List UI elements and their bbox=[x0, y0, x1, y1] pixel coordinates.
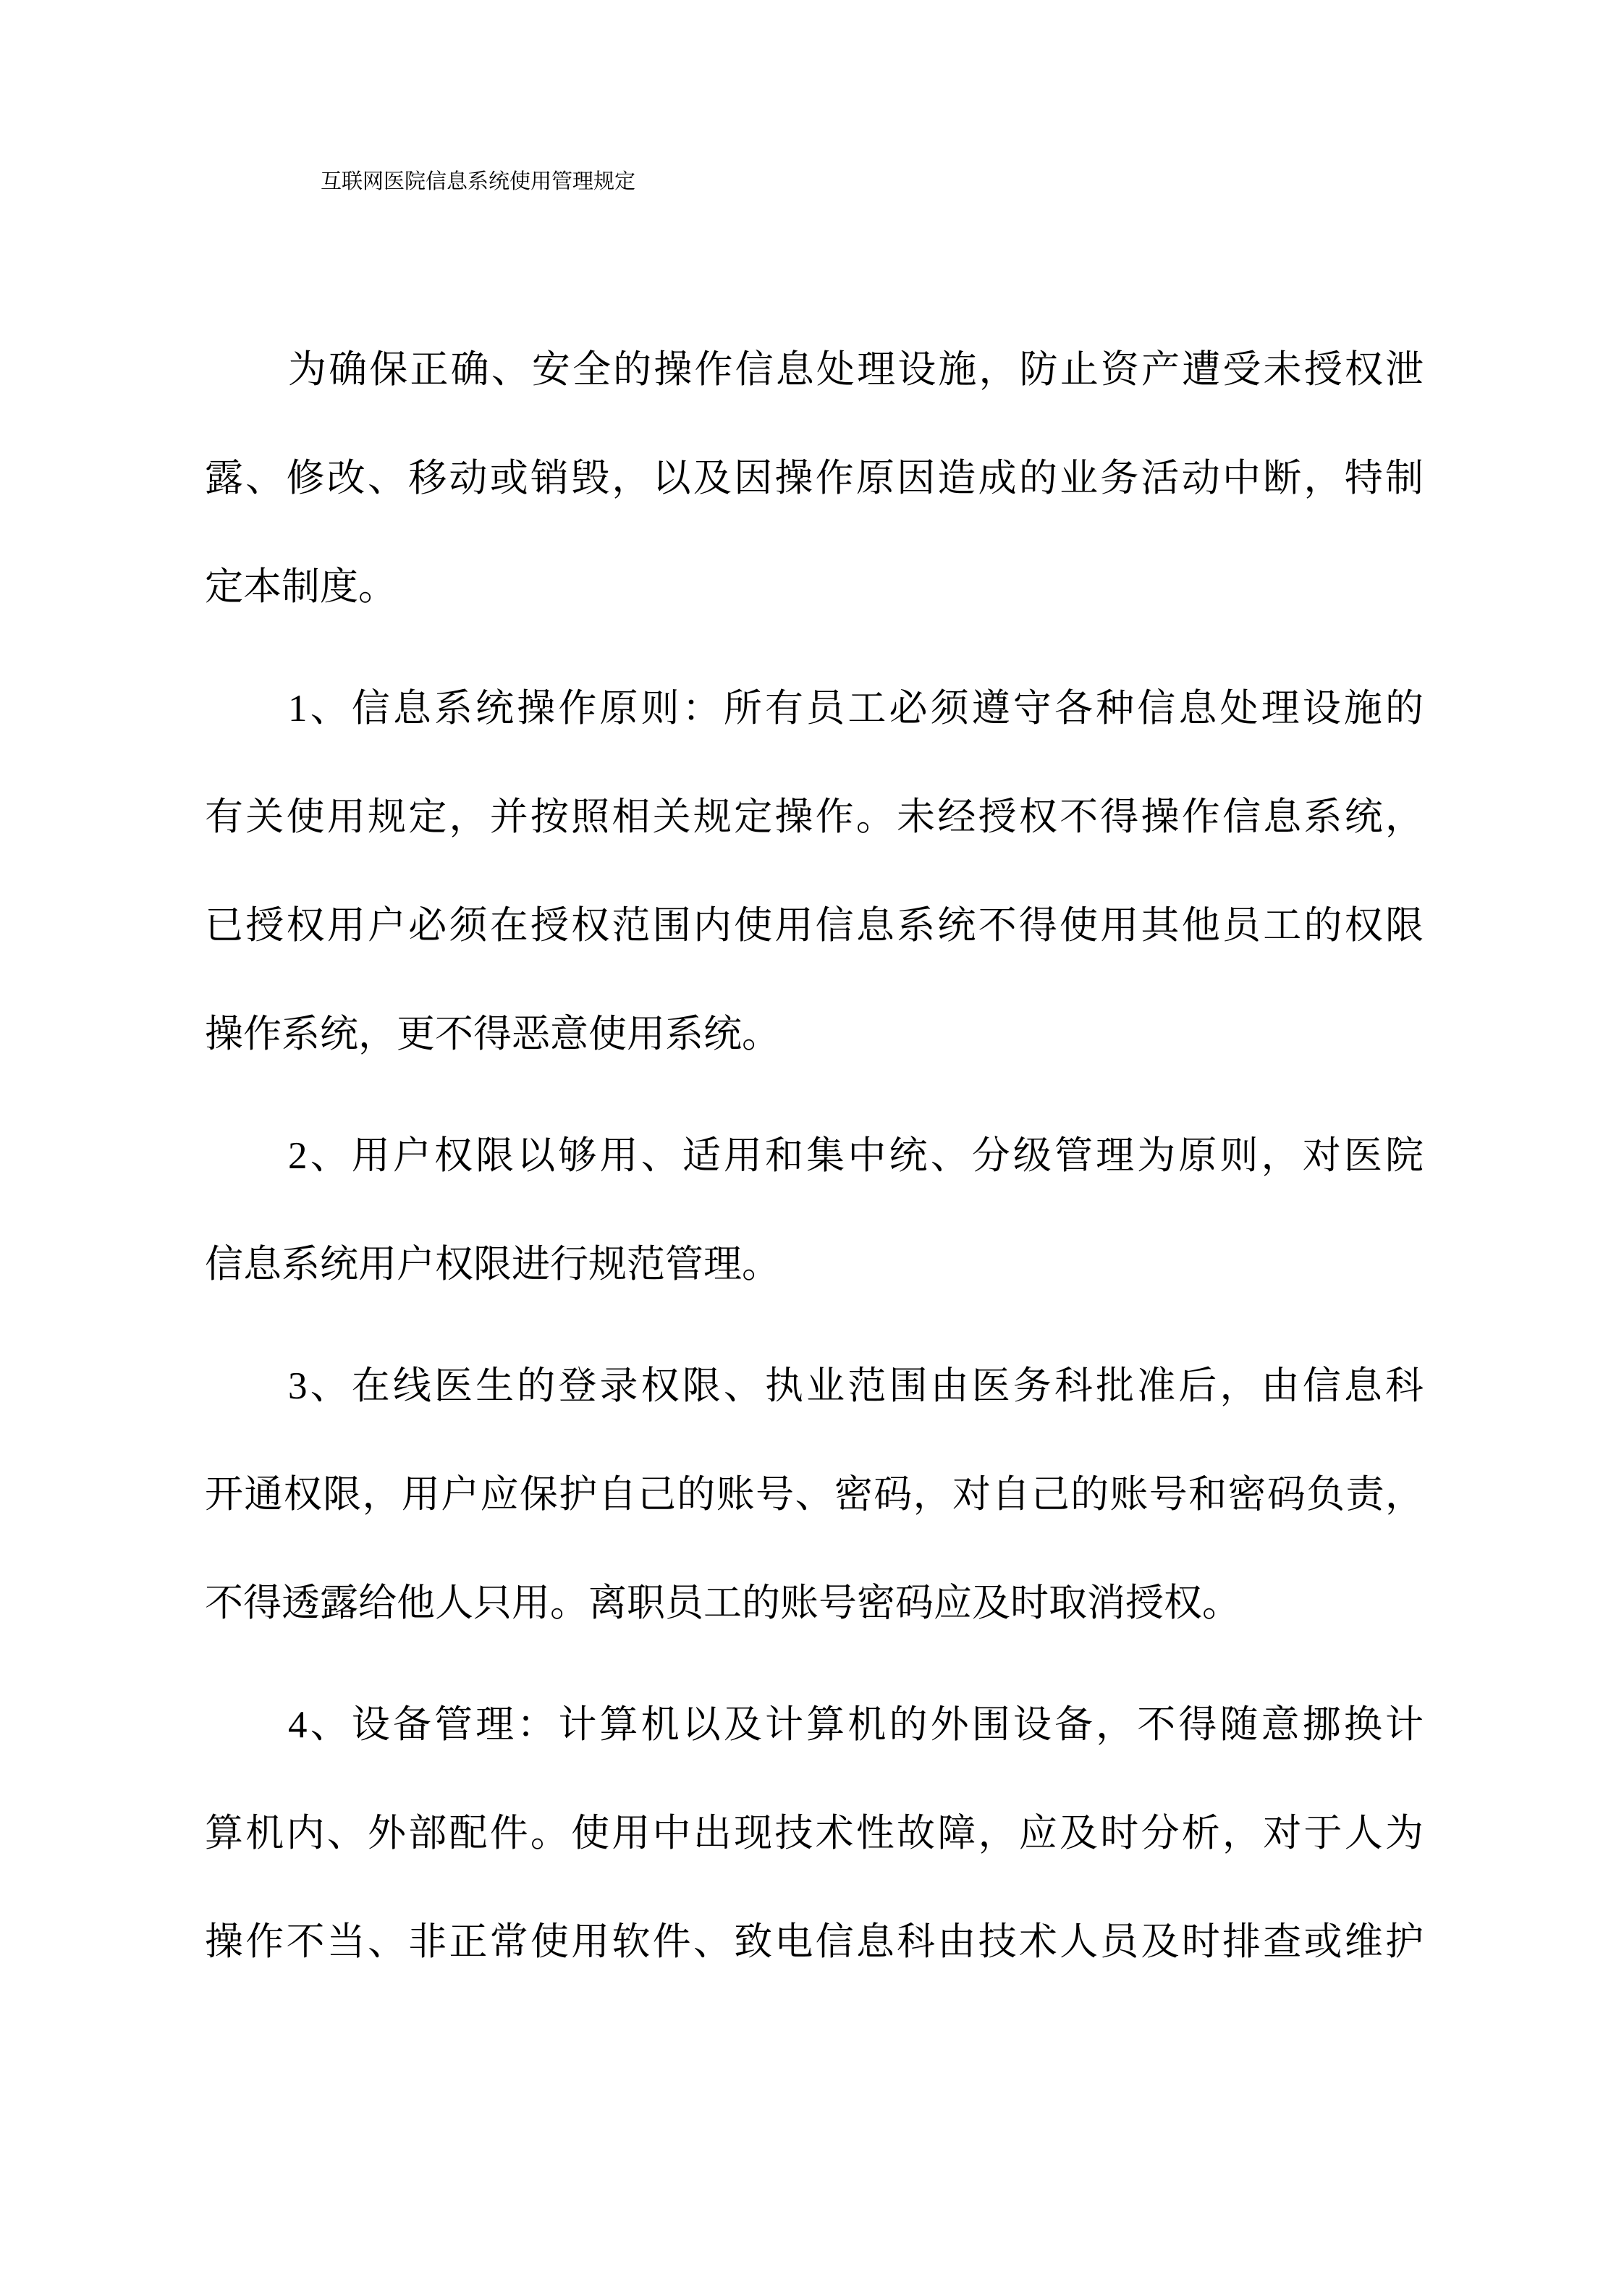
text-line: 3、在线医生的登录权限、执业范围由医务科批准后，由信息科 bbox=[205, 1332, 1424, 1440]
text-line: 为确保正确、安全的操作信息处理设施，防止资产遭受未授权泄 bbox=[205, 316, 1424, 424]
paragraph-intro: 为确保正确、安全的操作信息处理设施，防止资产遭受未授权泄 露、修改、移动或销毁，… bbox=[205, 316, 1424, 641]
text-line: 操作不当、非正常使用软件、致电信息科由技术人员及时排查或维护 bbox=[205, 1888, 1424, 1996]
document-content: 互联网医院信息系统使用管理规定 为确保正确、安全的操作信息处理设施，防止资产遭受… bbox=[0, 0, 1624, 1996]
paragraph-rule-3: 3、在线医生的登录权限、执业范围由医务科批准后，由信息科 开通权限，用户应保护自… bbox=[205, 1332, 1424, 1658]
paragraph-rule-2: 2、用户权限以够用、适用和集中统、分级管理为原则，对医院 信息系统用户权限进行规… bbox=[205, 1102, 1424, 1319]
text-line: 已授权用户必须在授权范围内使用信息系统不得使用其他员工的权限 bbox=[205, 871, 1424, 980]
text-line: 露、修改、移动或销毁，以及因操作原因造成的业务活动中断，特制 bbox=[205, 424, 1424, 533]
text-line: 1、信息系统操作原则：所有员工必须遵守各种信息处理设施的 bbox=[205, 654, 1424, 763]
text-line: 定本制度。 bbox=[205, 533, 1424, 641]
text-line: 2、用户权限以够用、适用和集中统、分级管理为原则，对医院 bbox=[205, 1102, 1424, 1210]
paragraph-rule-4: 4、设备管理：计算机以及计算机的外围设备，不得随意挪换计 算机内、外部配件。使用… bbox=[205, 1671, 1424, 1996]
text-line: 操作系统，更不得恶意使用系统。 bbox=[205, 980, 1424, 1089]
document-body: 为确保正确、安全的操作信息处理设施，防止资产遭受未授权泄 露、修改、移动或销毁，… bbox=[205, 316, 1424, 1996]
document-title: 互联网医院信息系统使用管理规定 bbox=[321, 166, 1424, 197]
text-line: 有关使用规定，并按照相关规定操作。未经授权不得操作信息系统， bbox=[205, 763, 1424, 871]
text-line: 不得透露给他人只用。离职员工的账号密码应及时取消授权。 bbox=[205, 1549, 1424, 1658]
paragraph-rule-1: 1、信息系统操作原则：所有员工必须遵守各种信息处理设施的 有关使用规定，并按照相… bbox=[205, 654, 1424, 1089]
text-line: 开通权限，用户应保护自己的账号、密码，对自己的账号和密码负责， bbox=[205, 1440, 1424, 1549]
text-line: 算机内、外部配件。使用中出现技术性故障，应及时分析，对于人为 bbox=[205, 1779, 1424, 1888]
text-line: 4、设备管理：计算机以及计算机的外围设备，不得随意挪换计 bbox=[205, 1671, 1424, 1779]
text-line: 信息系统用户权限进行规范管理。 bbox=[205, 1210, 1424, 1319]
document-page: 互联网医院信息系统使用管理规定 为确保正确、安全的操作信息处理设施，防止资产遭受… bbox=[0, 0, 1624, 2296]
